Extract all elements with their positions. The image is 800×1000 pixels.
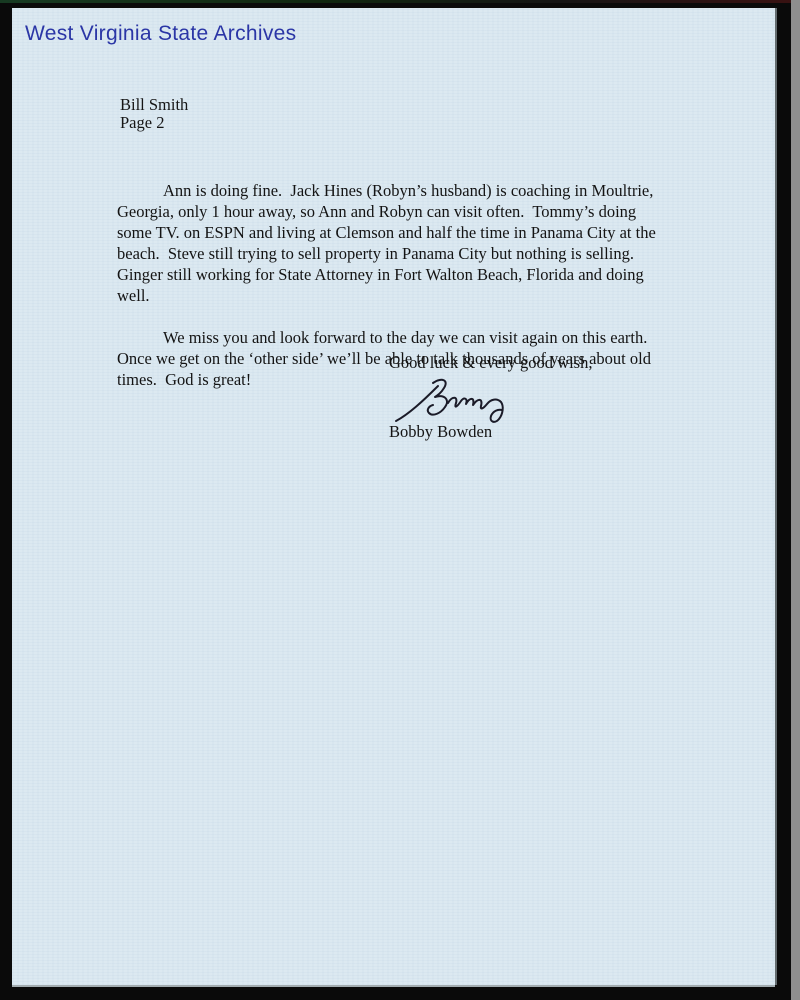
scanner-bed-strip: [791, 0, 800, 1000]
recipient-name: Bill Smith: [120, 96, 188, 114]
scanned-document-view: West Virginia State Archives Bill Smith …: [0, 0, 800, 1000]
archive-watermark-title: West Virginia State Archives: [25, 22, 296, 46]
scan-edge-artifact: [0, 0, 800, 3]
letter-closing: Good luck & every good wish,: [389, 353, 592, 373]
signature-typed-name: Bobby Bowden: [389, 422, 492, 442]
letter-heading-block: Bill Smith Page 2: [120, 96, 188, 132]
letter-paragraph-1: Ann is doing fine. Jack Hines (Robyn’s h…: [117, 180, 669, 306]
page-number-label: Page 2: [120, 114, 188, 132]
handwritten-signature: [393, 376, 528, 426]
letter-page: West Virginia State Archives Bill Smith …: [12, 8, 775, 985]
